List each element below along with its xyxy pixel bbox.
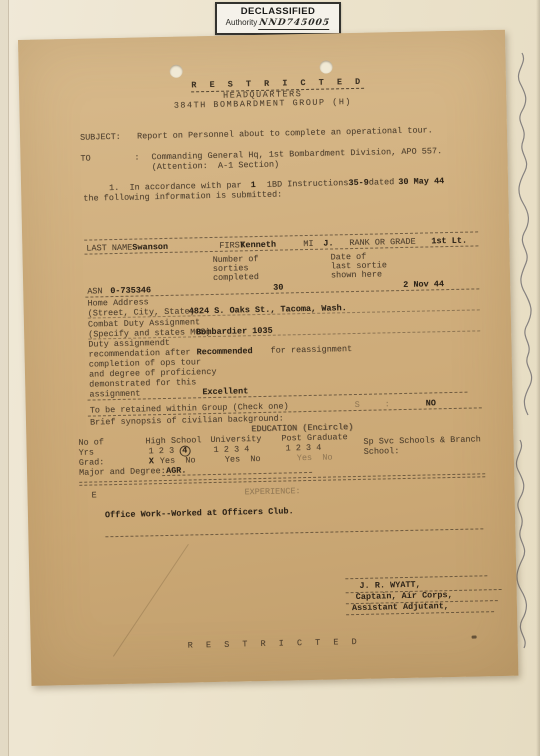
edu-yrs-label: Yrs [79, 448, 95, 458]
experience-text: Office Work--Worked at Officers Club. [105, 506, 294, 520]
edu-university-header: University [210, 434, 261, 445]
scanned-document-photo: DECLASSIFIED Authority NND745005 R E S T… [0, 0, 540, 756]
sp-svc-label-1: Sp Svc Schools & Branch [363, 434, 481, 446]
hs-yes-no: Yes No [160, 455, 196, 466]
to-value: Commanding General Hq, 1st Bombardment D… [151, 146, 442, 162]
backing-page-fold-line [8, 0, 9, 756]
classification-footer: R E S T R I C T E D [31, 634, 518, 654]
retained-rule-top [88, 392, 468, 401]
experience-bottom-rule [105, 528, 483, 537]
signature-title: Assistant Adjutant, [346, 600, 494, 615]
instructions-number: 35-9 [348, 178, 369, 188]
grad-x-mark: X [149, 456, 154, 466]
mi-label: MI [303, 239, 313, 249]
declassified-stamp: DECLASSIFIED Authority NND745005 [215, 2, 341, 35]
hs-years-text: 1 2 3 [149, 446, 180, 457]
subject-value: Report on Personnel about to complete an… [137, 125, 433, 141]
major-degree-label: Major and Degree: [79, 466, 166, 478]
experience-title: EXPERIENCE: [244, 486, 300, 497]
duty-rec-value-bold: Recommended [196, 346, 252, 357]
backing-page-edge-shade [0, 0, 8, 756]
military-report-page: R E S T R I C T E D HEADQUARTERS 384TH B… [18, 30, 518, 686]
sp-svc-label-2: School: [364, 446, 400, 457]
to-label: TO [80, 154, 90, 164]
retained-separator: : [385, 399, 390, 409]
to-colon: : [134, 152, 139, 162]
sorties-label-3: completed [213, 272, 259, 283]
sorties-value: 30 [273, 282, 283, 292]
mi-value: J. [323, 238, 333, 248]
duty-rec-label-5: demonstrated for this [89, 377, 196, 389]
declassified-stamp-title: DECLASSIFIED [217, 6, 339, 17]
duty-rec-value-rest: for reassignment [270, 344, 352, 356]
last-sortie-label-3: shown here [331, 269, 382, 280]
edu-high-school-header: High School [145, 435, 201, 446]
authority-number-handwritten: NND745005 [259, 18, 332, 30]
para-mid: 1BD Instructions [267, 178, 349, 190]
attention-line: (Attention: A-1 Section) [152, 160, 280, 173]
subject-label: SUBJECT: [80, 132, 121, 143]
retained-value: NO [426, 398, 436, 408]
para-number: 1 [251, 180, 256, 190]
instructions-date: 30 May 44 [398, 176, 444, 187]
experience-e-label: E [91, 490, 96, 500]
pg-yes-no: Yes No [297, 453, 333, 464]
declassified-stamp-authority: Authority NND745005 [217, 17, 339, 30]
asn-label: ASN [87, 286, 103, 296]
edu-grad-label: Grad: [79, 457, 105, 468]
form-rule-top [84, 231, 478, 240]
para-dated: dated [369, 177, 395, 188]
retained-faint-mark: S [355, 400, 360, 410]
edu-no-of-label: No of [78, 437, 104, 448]
univ-yes-no: Yes No [225, 454, 261, 465]
authority-label: Authority [226, 18, 258, 27]
